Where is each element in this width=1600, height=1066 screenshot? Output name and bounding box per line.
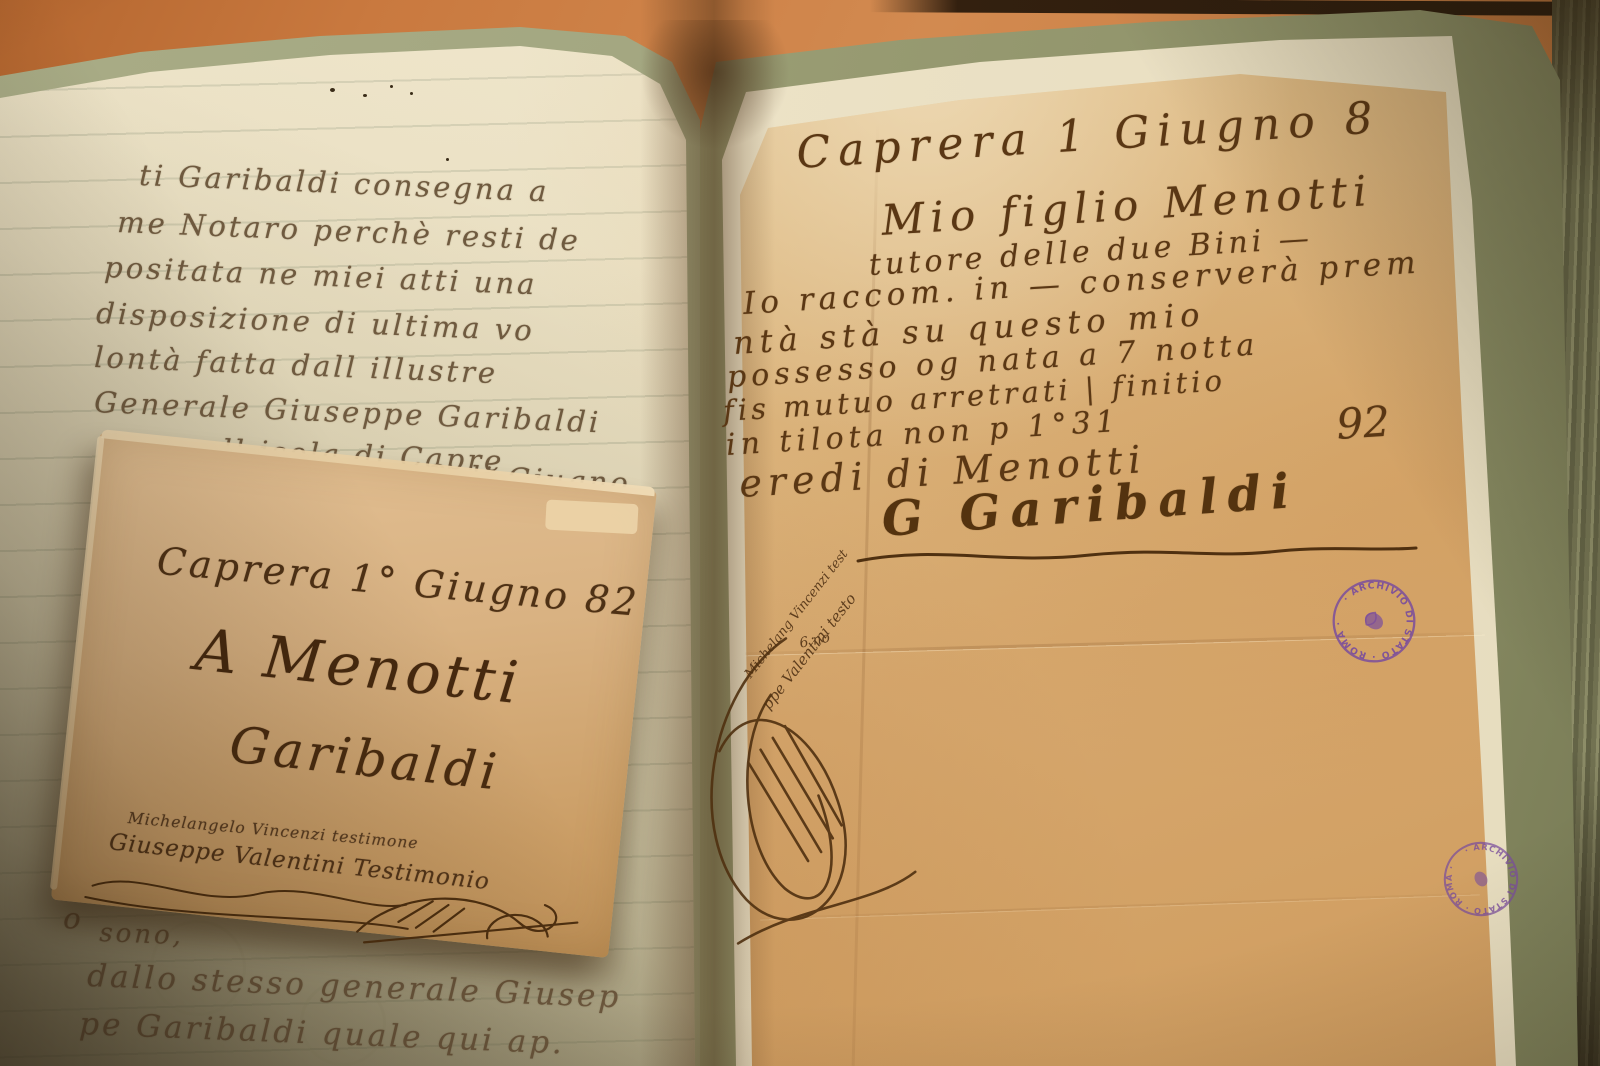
envelope-addressee: Garibaldi — [227, 715, 503, 801]
ink-speck — [330, 88, 335, 92]
photo-canvas: ti Garibaldi consegna a me Notaro perchè… — [0, 0, 1600, 1066]
ink-speck — [363, 94, 367, 97]
ink-speck — [446, 158, 449, 161]
envelope-addressee: A Menotti — [192, 615, 525, 717]
handwritten-line: sono, — [99, 918, 185, 951]
letter-line: 92 — [1335, 397, 1391, 449]
envelope-torn-patch — [545, 499, 638, 534]
envelope-date-line: Caprera 1° Giugno 82 — [155, 539, 641, 625]
gutter-top-shadow — [640, 20, 790, 150]
ink-speck — [410, 92, 413, 95]
margin-letter: o — [63, 901, 85, 936]
signature-underline-flourish — [850, 535, 1430, 575]
ink-speck — [390, 85, 393, 88]
table-edge — [870, 0, 1600, 16]
envelope: Caprera 1° Giugno 82 A Menotti Garibaldi… — [51, 432, 657, 958]
